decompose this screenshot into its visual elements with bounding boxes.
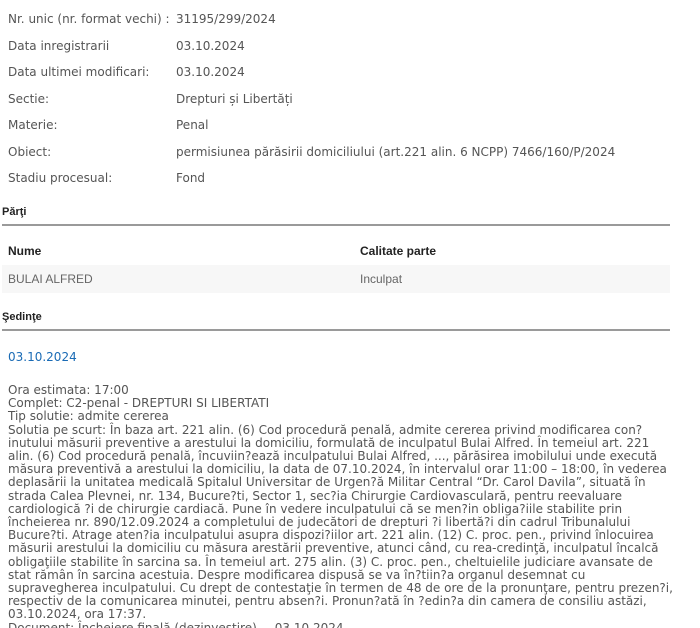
- document-date: 03.10.2024: [275, 621, 344, 628]
- parties-header-row: Nume Calitate parte: [2, 238, 670, 265]
- session-document: Document: Încheiere finală (dezinvestire…: [8, 622, 678, 628]
- info-value: 31195/299/2024: [176, 6, 615, 33]
- info-value: permisiunea părăsirii domiciliului (art.…: [176, 139, 615, 166]
- info-value: Fond: [176, 165, 615, 192]
- info-label: Nr. unic (nr. format vechi) :: [8, 6, 176, 33]
- document-label: Document: Încheiere finală (dezinvestire…: [8, 621, 257, 628]
- case-info-row-data-modificari: Data ultimei modificari: 03.10.2024: [8, 59, 615, 86]
- info-value: 03.10.2024: [176, 59, 615, 86]
- info-label: Stadiu procesual:: [8, 165, 176, 192]
- parties-table: Nume Calitate parte BULAI ALFRED Inculpa…: [2, 238, 670, 293]
- case-info-row-materie: Materie: Penal: [8, 112, 615, 139]
- case-info-row-stadiu: Stadiu procesual: Fond: [8, 165, 615, 192]
- case-info-row-sectie: Sectie: Drepturi și Libertăți: [8, 86, 615, 113]
- table-row: BULAI ALFRED Inculpat: [2, 265, 670, 293]
- session-tip-solutie: Tip solutie: admite cererea: [8, 410, 678, 423]
- party-name: BULAI ALFRED: [2, 265, 354, 293]
- sessions-section-title: Şedinţe: [2, 311, 670, 331]
- session-solutia-pe-scurt: Solutia pe scurt: În baza art. 221 alin.…: [8, 424, 676, 622]
- case-info-row-data-inregistrarii: Data inregistrarii 03.10.2024: [8, 33, 615, 60]
- info-label: Materie:: [8, 112, 176, 139]
- info-value: 03.10.2024: [176, 33, 615, 60]
- column-header-role: Calitate parte: [354, 238, 670, 265]
- info-value: Drepturi și Libertăți: [176, 86, 615, 113]
- case-info-row-obiect: Obiect: permisiunea părăsirii domiciliul…: [8, 139, 615, 166]
- session-entry: 03.10.2024 Ora estimata: 17:00 Complet: …: [8, 350, 678, 628]
- info-value: Penal: [176, 112, 615, 139]
- party-role: Inculpat: [354, 265, 670, 293]
- info-label: Data ultimei modificari:: [8, 59, 176, 86]
- case-info-row-nr-unic: Nr. unic (nr. format vechi) : 31195/299/…: [8, 6, 615, 33]
- info-label: Obiect:: [8, 139, 176, 166]
- info-label: Data inregistrarii: [8, 33, 176, 60]
- session-date: 03.10.2024: [8, 350, 678, 364]
- case-info-table: Nr. unic (nr. format vechi) : 31195/299/…: [8, 6, 615, 192]
- parties-section-title: Părţi: [2, 206, 670, 226]
- column-header-name: Nume: [2, 238, 354, 265]
- info-label: Sectie:: [8, 86, 176, 113]
